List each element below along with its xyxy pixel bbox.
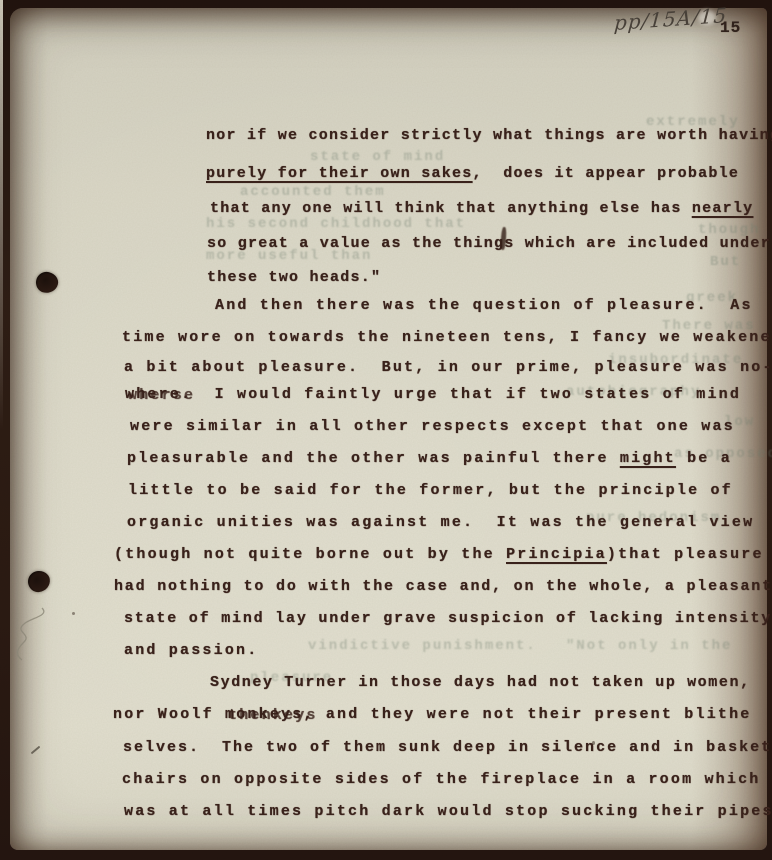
text-segment: little to be said for the former, but th… (128, 482, 733, 499)
text-segment: be a (676, 450, 732, 467)
typed-line: these two heads." (207, 268, 381, 287)
text-segment: (though not quite borne out by the (114, 546, 506, 563)
text-segment: . I would faintly urge that if two state… (181, 386, 741, 403)
left-edge-highlight (0, 0, 3, 430)
typed-line: And then there was the question of pleas… (215, 296, 753, 315)
typed-line: were similar in all other respects excep… (130, 417, 735, 436)
text-segment: )that pleasure (607, 546, 764, 563)
typed-line: time wore on towards the nineteen tens, … (122, 328, 772, 347)
typed-line: purely for their own sakes, does it appe… (206, 164, 739, 183)
paper-speck (72, 612, 75, 615)
typed-line: had nothing to do with the case and, on … (114, 577, 772, 596)
text-segment: state of mind lay under grave suspicion … (124, 610, 772, 627)
typed-line: so great a value as the things which are… (207, 234, 771, 253)
underlined-text: nearly (692, 200, 754, 217)
text-segment: , does it appear probable (473, 165, 740, 182)
overstrike-ghost: thenkeys (228, 706, 318, 725)
underlined-text: Principia (506, 546, 607, 563)
typed-line: organic unities was against me. It was t… (127, 513, 754, 532)
text-segment: was at all times pitch dark would stop s… (124, 803, 772, 820)
typed-line: that any one will think that anything el… (210, 199, 753, 218)
typed-text: nor if we consider strictly what things … (10, 8, 767, 850)
text-segment: selves. The two of them sunk deep in sil… (123, 739, 772, 756)
typed-line: Sydney Turner in those days had not take… (210, 673, 751, 692)
text-segment: And then there was the question of pleas… (215, 297, 753, 314)
photo-frame: extremelystate of mindaccounted themhis … (0, 0, 772, 860)
typed-line: nor if we consider strictly what things … (206, 126, 772, 145)
text-segment: chairs on opposite sides of the fireplac… (122, 771, 760, 788)
underlined-text: might (620, 450, 676, 467)
text-segment: Sydney Turner in those days had not take… (210, 674, 751, 691)
text-segment: had nothing to do with the case and, on … (114, 578, 772, 595)
typed-line: nor Woolf monkeysthenkeys, and they were… (113, 705, 752, 724)
overstrike-ghost: wherse (128, 386, 195, 405)
typed-line: pleasurable and the other was painful th… (127, 449, 732, 468)
underlined-text: purely for their own sakes (206, 165, 473, 182)
text-segment: organic unities was against me. It was t… (127, 514, 754, 531)
text-segment: nor Woolf (113, 706, 225, 723)
text-segment: and passion. (124, 642, 258, 659)
typed-line: a bit about pleasure. But, in our prime,… (124, 358, 772, 377)
typed-line: chairs on opposite sides of the fireplac… (122, 770, 760, 789)
text-segment: these two heads." (207, 269, 381, 286)
overstruck-text: wherewherse (125, 385, 181, 404)
paper-fiber-mark (14, 606, 54, 662)
text-segment: time wore on towards the nineteen tens, … (122, 329, 772, 346)
overstruck-text: monkeysthenkeys (225, 705, 303, 724)
text-segment: that any one will think that anything el… (210, 200, 692, 217)
typed-line: little to be said for the former, but th… (128, 481, 733, 500)
text-segment: pleasurable and the other was painful th… (127, 450, 620, 467)
text-segment: so great a value as the things which are… (207, 235, 771, 252)
typed-line: and passion. (124, 641, 258, 660)
typed-line: wherewherse. I would faintly urge that i… (125, 385, 741, 404)
text-segment: , and they were not their present blithe (303, 706, 751, 723)
typed-line: was at all times pitch dark would stop s… (124, 802, 772, 821)
typed-line: selves. The two of them sunk deep in sil… (123, 738, 772, 757)
typed-line: (though not quite borne out by the Princ… (114, 545, 764, 564)
typed-line: state of mind lay under grave suspicion … (124, 609, 772, 628)
typescript-page: extremelystate of mindaccounted themhis … (10, 8, 767, 850)
page-number: 15 (720, 19, 741, 37)
paper-speck (592, 741, 595, 745)
text-segment: a bit about pleasure. But, in our prime,… (124, 359, 772, 376)
text-segment: were similar in all other respects excep… (130, 418, 735, 435)
text-segment: nor if we consider strictly what things … (206, 127, 772, 144)
